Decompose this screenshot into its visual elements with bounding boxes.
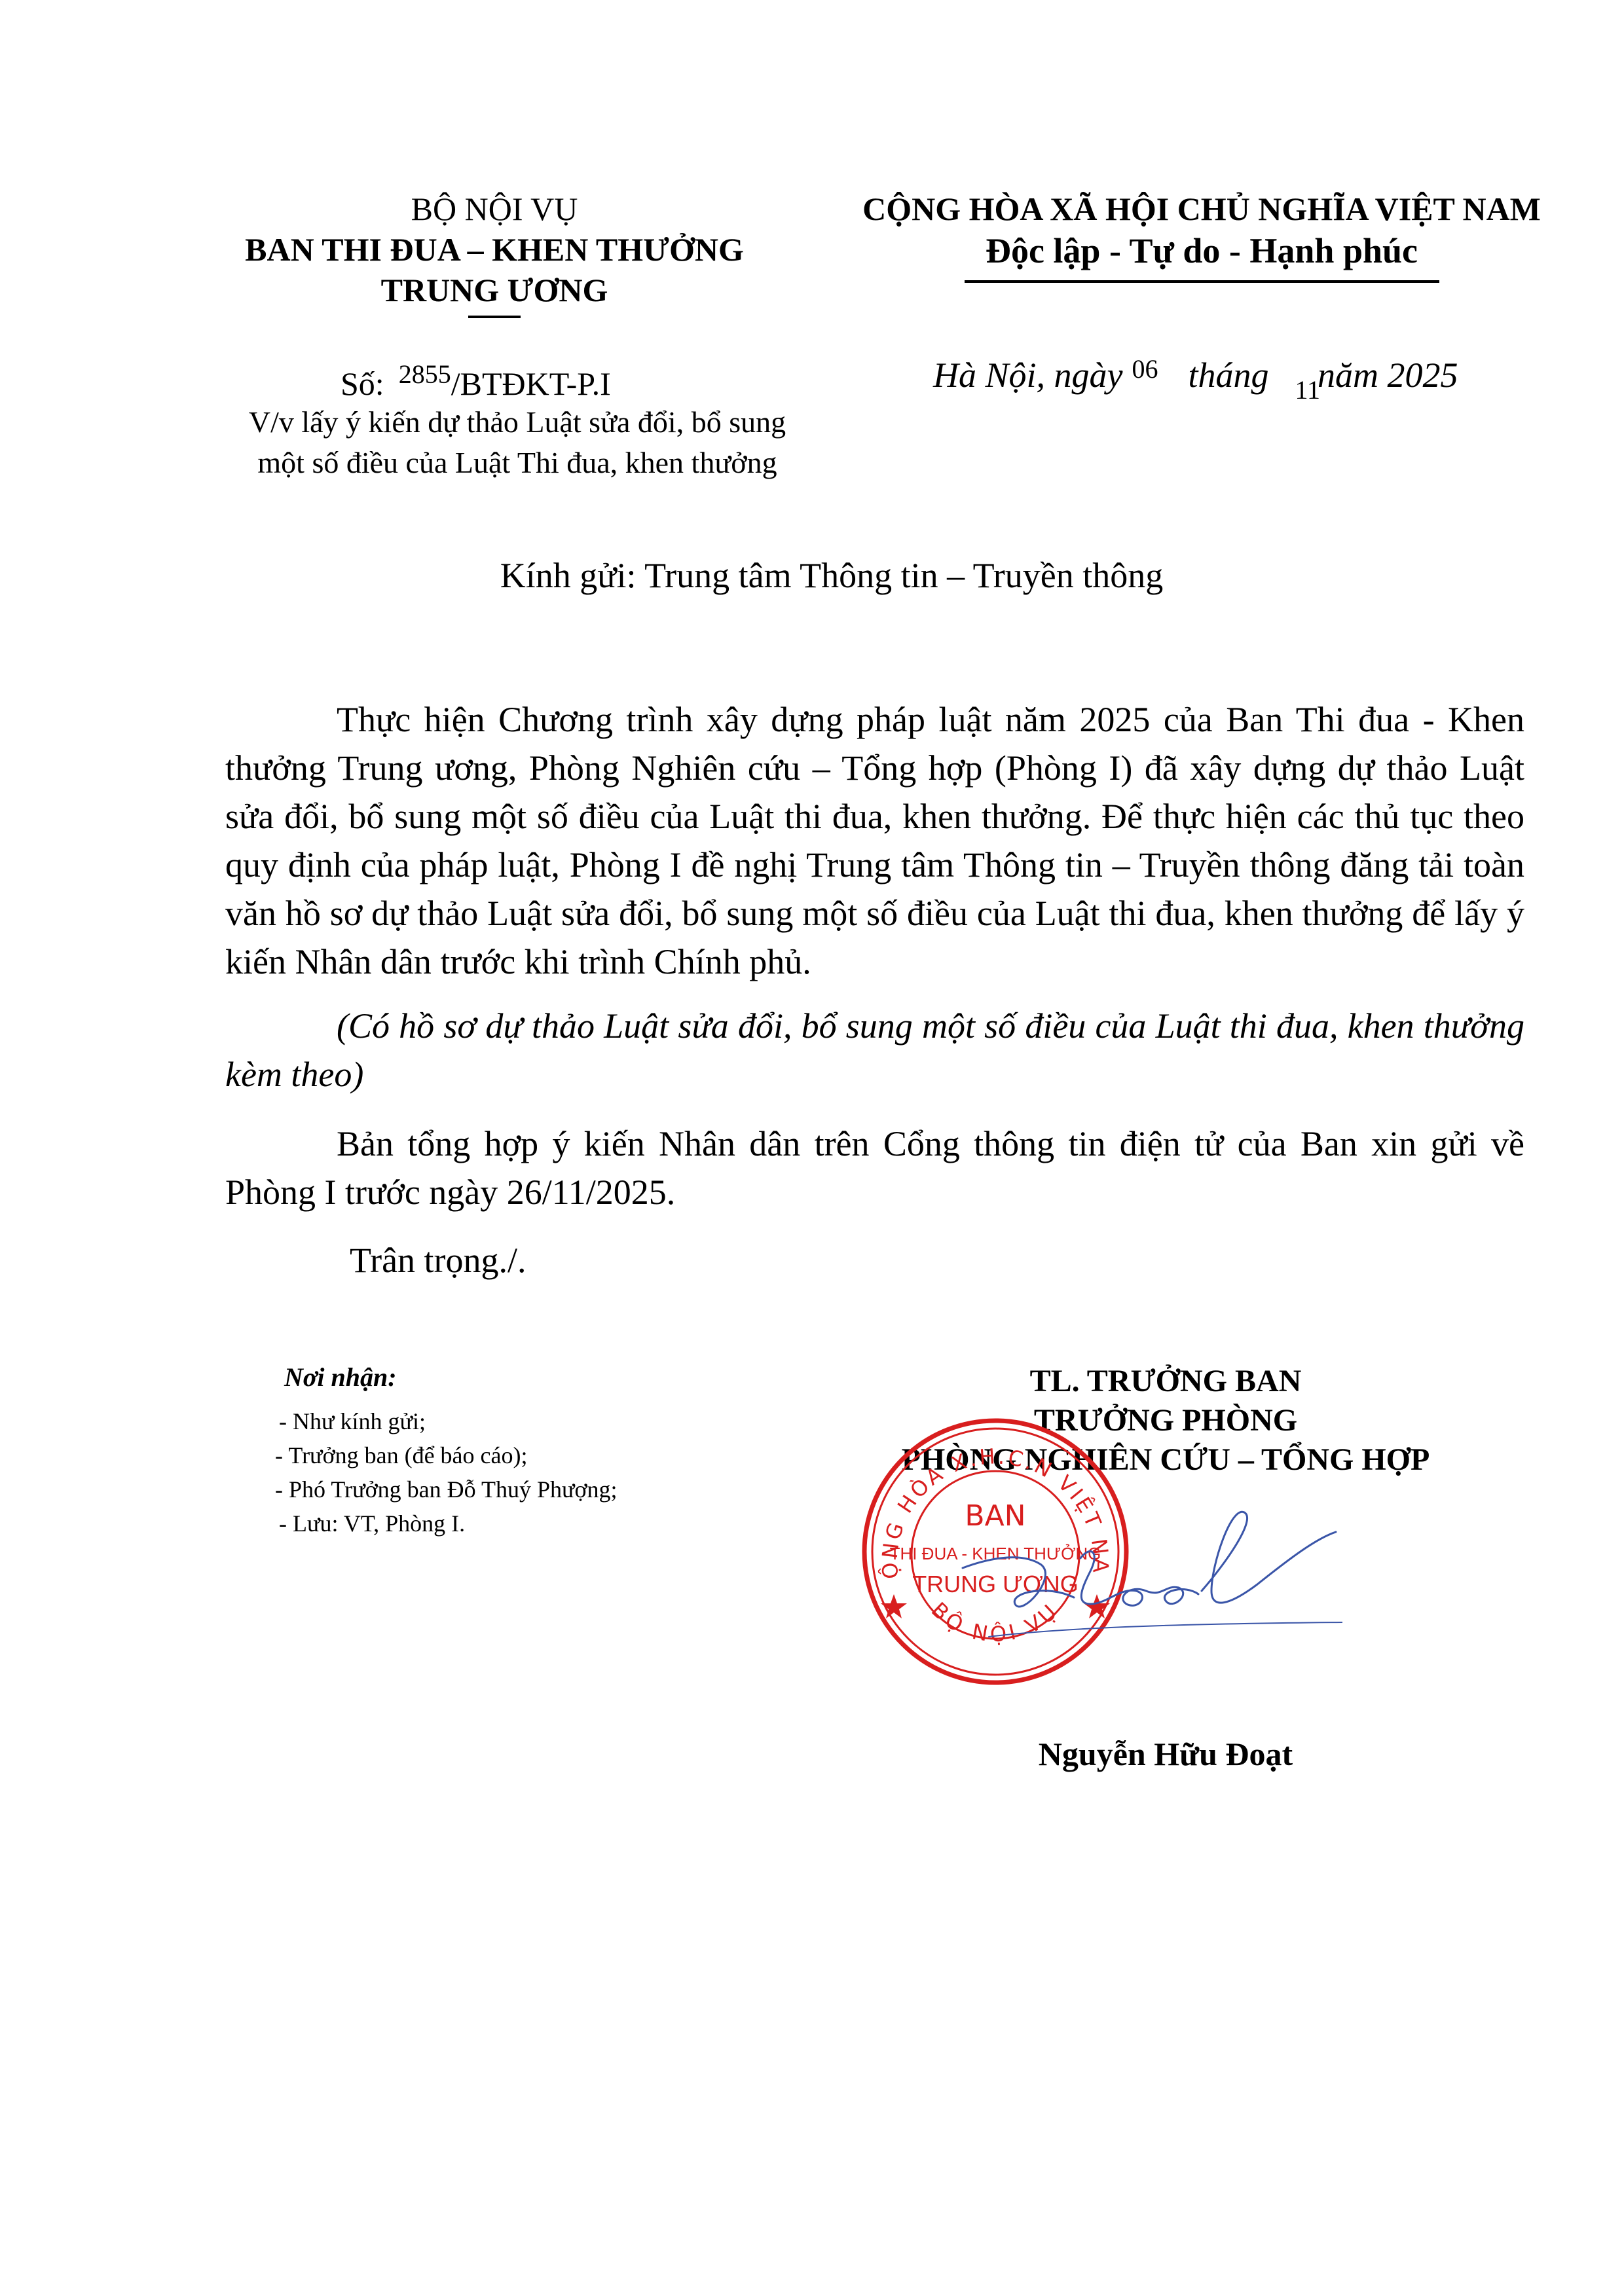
date-year: năm 2025	[1318, 355, 1458, 395]
signature-title-line3: PHÒNG NGHIÊN CỨU – TỔNG HỢP	[838, 1440, 1493, 1480]
agency-underline	[468, 316, 521, 318]
recipients-title: Nơi nhận:	[284, 1362, 799, 1393]
addressee: Kính gửi: Trung tâm Thông tin – Truyền t…	[0, 555, 1624, 596]
subject-line2: một số điều của Luật Thi đua, khen thưởn…	[216, 443, 819, 483]
recipient-item: - Lưu: VT, Phòng I.	[279, 1506, 799, 1540]
body-paragraph-2: Bản tổng hợp ý kiến Nhân dân trên Cổng t…	[225, 1120, 1524, 1216]
stamp-center-line2: THI ĐUA - KHEN THƯỞNG	[890, 1543, 1101, 1563]
agency-name-line1: BAN THI ĐUA – KHEN THƯỞNG	[183, 229, 805, 270]
star-icon	[1084, 1594, 1110, 1618]
document-number-suffix: /BTĐKT-P.I	[451, 365, 611, 402]
date-place-prefix: Hà Nội, ngày	[933, 355, 1123, 395]
national-header: CỘNG HÒA XÃ HỘI CHỦ NGHĨA VIỆT NAM Độc l…	[832, 189, 1572, 283]
signature-title-line2: TRƯỞNG PHÒNG	[838, 1401, 1493, 1440]
handwritten-signature-icon	[950, 1506, 1342, 1650]
country-name: CỘNG HÒA XÃ HỘI CHỦ NGHĨA VIỆT NAM	[832, 189, 1572, 229]
issuing-agency-header: BỘ NỘI VỤ BAN THI ĐUA – KHEN THƯỞNG TRUN…	[183, 189, 805, 318]
date-month: 11	[1295, 375, 1321, 405]
body-paragraph-1: Thực hiện Chương trình xây dựng pháp luậ…	[225, 695, 1524, 986]
recipient-item: - Trưởng ban (để báo cáo);	[275, 1438, 799, 1472]
stamp-center-line3: TRUNG ƯƠNG	[912, 1571, 1079, 1597]
attachment-note: (Có hồ sơ dự thảo Luật sửa đổi, bổ sung …	[225, 1002, 1524, 1099]
signature-block: TL. TRƯỞNG BAN TRƯỞNG PHÒNG PHÒNG NGHIÊN…	[838, 1362, 1493, 1480]
recipients-list: Nơi nhận: - Như kính gửi; - Trưởng ban (…	[275, 1362, 799, 1540]
signature-title-line1: TL. TRƯỞNG BAN	[838, 1362, 1493, 1401]
signer-name: Nguyễn Hữu Đoạt	[838, 1735, 1493, 1773]
document-number-label: Số:	[341, 365, 384, 402]
ministry-name: BỘ NỘI VỤ	[183, 189, 805, 229]
document-number-value: 2855	[399, 359, 451, 389]
recipient-item: - Phó Trưởng ban Đỗ Thuý Phượng;	[275, 1472, 799, 1506]
stamp-center-line1: BAN	[965, 1499, 1025, 1533]
closing-phrase: Trân trọng./.	[225, 1236, 1524, 1285]
svg-text:BỘ NỘI VỤ: BỘ NỘI VỤ	[927, 1597, 1064, 1647]
subject-line1: V/v lấy ý kiến dự thảo Luật sửa đổi, bổ …	[216, 402, 819, 443]
date-day: 06	[1132, 354, 1158, 384]
stamp-bottom-text: BỘ NỘI VỤ	[927, 1597, 1064, 1647]
date-month-label: tháng	[1189, 355, 1269, 395]
star-icon	[881, 1594, 907, 1618]
national-motto: Độc lập - Tự do - Hạnh phúc	[832, 229, 1572, 272]
document-number: Số:2855/BTĐKT-P.I	[341, 359, 611, 403]
agency-name-line2: TRUNG ƯƠNG	[183, 270, 805, 310]
motto-underline	[965, 280, 1439, 283]
recipient-item: - Như kính gửi;	[279, 1404, 799, 1438]
document-subject: V/v lấy ý kiến dự thảo Luật sửa đổi, bổ …	[216, 402, 819, 483]
document-body: Thực hiện Chương trình xây dựng pháp luậ…	[225, 695, 1524, 1285]
document-date: Hà Nội, ngày06tháng11năm 2025	[933, 354, 1458, 405]
